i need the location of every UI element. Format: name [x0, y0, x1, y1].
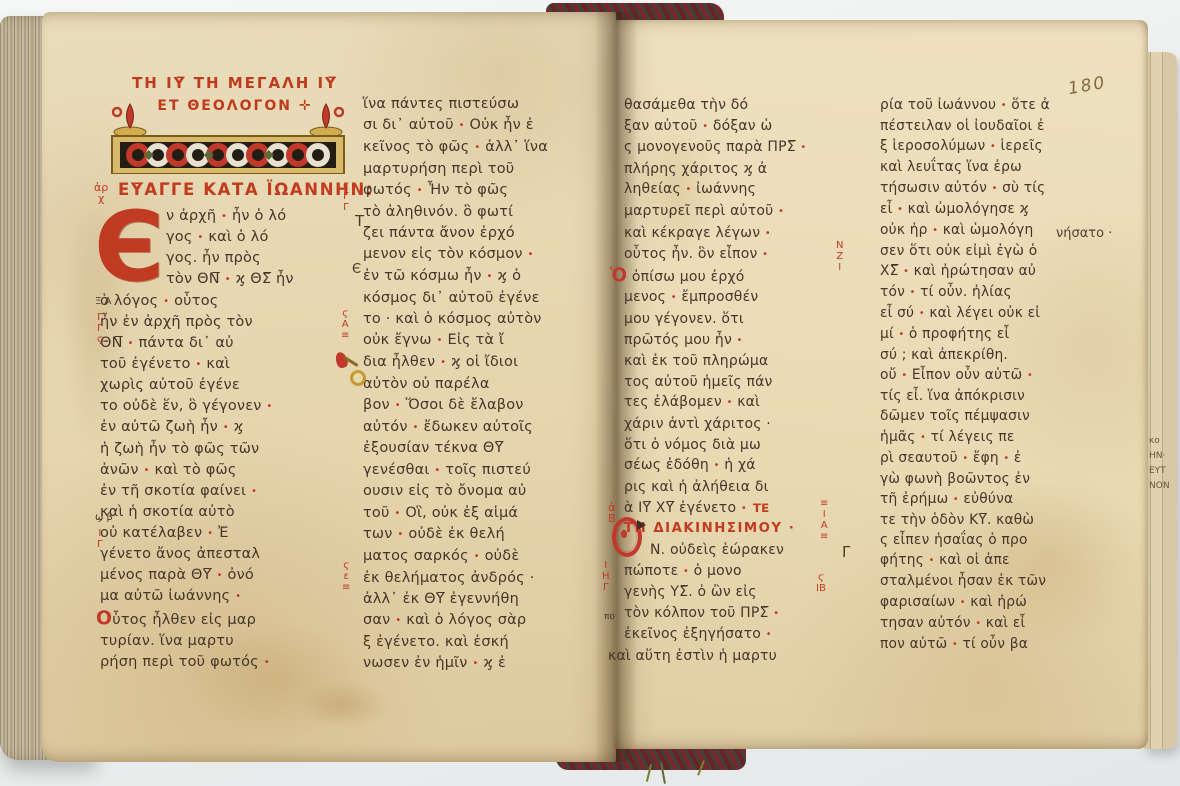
text-line: το οὐδὲ ἕν, ὃ γέγονεν •	[100, 396, 356, 417]
text-line: ληθείας • ἰωάννης	[624, 179, 876, 201]
text-line: σέως ἐδόθη • ἡ χά	[624, 455, 876, 477]
text-line: ἵνα πάντες πιστεύσω	[363, 94, 619, 115]
text-line: εἶ σύ • καὶ λέγει οὐκ εἰ	[880, 303, 1140, 324]
text-line: αὐτὸν οὐ παρέλα	[363, 374, 619, 395]
text-line: ν ἀρχῆ • ἦν ὁ λό	[100, 206, 356, 227]
text-line: αὐτόν • ἔδωκεν αὐτοῖς	[363, 417, 619, 439]
paragraph-pointer-icon	[637, 520, 646, 530]
text-line: ΤΗ ΔΙΑΚΙΝΗΣΙΜΟΥ ·	[624, 519, 876, 540]
canon-number-mark: ϛ ΙΒ	[816, 572, 826, 594]
text-line: δια ἦλθεν • ϗ οἱ ἴδιοι	[363, 352, 619, 374]
text-line: βον • Ὅσοι δὲ ἔλαβον	[363, 395, 619, 417]
canon-number-mark: ϛ Α ≡	[341, 308, 349, 341]
text-line: τες ἐλάβομεν • καὶ	[624, 392, 876, 414]
text-line: μί • ὁ προφήτης εἶ	[880, 324, 1140, 345]
text-line: μαρτυρήση περὶ τοῦ	[363, 159, 619, 180]
text-line: τῆ ἐρήμω • εὐθύνα	[880, 489, 1140, 510]
canon-number-mark: ϛ ε ≡	[342, 560, 350, 593]
canon-number-mark: Ι Η Γ	[602, 560, 610, 593]
lection-start-mark: ἀ Β̄	[608, 502, 616, 524]
canon-number-mark: ϛ Γ Γ	[343, 180, 349, 213]
text-line: μου γέγονεν. ὅτι	[624, 309, 876, 330]
text-line: μα αὐτῶ ἰωάννης •	[100, 586, 356, 607]
text-line: ς μονογενοῦς παρὰ ΠΡΣ̅ •	[624, 137, 876, 159]
text-column-3: θασάμεθα τὴν δόξαν αὐτοῦ • δόξαν ὡς μονο…	[624, 95, 876, 667]
canon-number-mark: Γ Γ ϛ	[97, 312, 103, 345]
text-line: μένος παρὰ ΘΥ̅ • ὀνό	[100, 565, 356, 586]
text-line: ΘΝ̅ • πάντα δι᾽ αὐ	[100, 333, 356, 354]
text-line: ρήση περὶ τοῦ φωτός •	[100, 652, 356, 673]
text-line: τὸν κόλπον τοῦ ΠΡΣ̅ •	[624, 603, 876, 625]
text-line: ὰ ΙΥ̅ ΧΥ̅ ἐγένετο •ΤΕ	[624, 498, 876, 520]
text-line: τὸν ΘΝ̅ • ϗ ΘΣ̅ ἦν	[100, 269, 356, 290]
text-line: οὐκ ἔγνω • Εἰς τὰ ἴ	[363, 330, 619, 352]
text-line: πλήρης χάριτος ϗ ἀ	[624, 159, 876, 180]
text-line: μενον εἰς τὸν κόσμον •	[363, 244, 619, 266]
headpiece-interlace-ornament	[98, 84, 358, 174]
marginal-letter: Τ	[355, 216, 364, 227]
page-stack-right-edge	[1144, 52, 1177, 749]
text-line: ὅτι ὁ νόμος διὰ μω	[624, 435, 876, 456]
text-line: Ν. οὐδεὶς ἑώρακεν	[624, 540, 876, 561]
text-line: ὁ λόγος • οὗτος	[100, 291, 356, 312]
text-line: ἡ ζωὴ ἦν τὸ φῶς τῶν	[100, 439, 356, 460]
text-line: καὶ ἐκ τοῦ πληρώμα	[624, 351, 876, 372]
text-line: Οὗτος ἦλθεν εἰς μαρ	[96, 608, 356, 631]
text-line: μενος • ἔμπροσθέν	[624, 287, 876, 309]
text-line: των • οὐδὲ ἐκ θελή	[363, 524, 619, 546]
text-line: ουσιν εἰς τὸ ὄνομα αὐ	[363, 481, 619, 502]
text-column-2: ἵνα πάντες πιστεύσωσι δι᾽ αὐτοῦ • Οὐκ ἦν…	[363, 94, 619, 675]
canon-number-mark: Ν Ζ Ι	[836, 240, 843, 273]
finial-right-icon	[310, 104, 343, 137]
canon-number-mark: Ι Γ	[97, 528, 103, 550]
margin-overflow-word: νήσατο ·	[1056, 226, 1112, 241]
text-line: πρῶτός μου ἦν •	[624, 330, 876, 352]
text-line: ἦν ἐν ἀρχῆ πρὸς τὸν	[100, 312, 356, 333]
text-line: τε τὴν ὁδὸν ΚΥ̅. καθὼ	[880, 510, 1140, 530]
text-line: ἐκεῖνος ἐξηγήσατο •	[624, 624, 876, 646]
text-line: ζει πάντα ἄνον ἐρχό	[363, 223, 619, 244]
text-line: ΧΣ̅ • καὶ ἠρώτησαν αὐ	[880, 261, 1140, 282]
text-line: ἐξουσίαν τέκνα ΘΥ̅	[363, 438, 619, 459]
text-line: ρὶ σεαυτοῦ • ἔφη • ἐ	[880, 448, 1140, 469]
text-line: ἐν τῆ σκοτία φαίνει •	[100, 481, 356, 502]
text-line: τίς εἶ. ἵνα ἀπόκρισιν	[880, 386, 1140, 406]
text-line: ἀλλ᾽ ἐκ ΘΥ̅ ἐγεννήθη	[363, 589, 619, 610]
text-line: ξ ἱεροσολύμων • ἱερεῖς	[880, 136, 1140, 157]
quill-ornament-icon	[334, 350, 364, 392]
text-line: ἡμᾶς • τί λέγεις πε	[880, 427, 1140, 448]
lection-start-mark: ἀρ χ	[94, 182, 108, 204]
text-line: δῶμεν τοῖς πέμψασιν	[880, 406, 1140, 426]
canon-number-mark: ≡ Ι Α ≡	[820, 498, 828, 542]
text-line: πώποτε • ὁ μονο	[624, 561, 876, 583]
text-line: σι δι᾽ αὐτοῦ • Οὐκ ἦν ἐ	[363, 115, 619, 137]
text-line: σταλμένοι ἦσαν ἐκ τῶν	[880, 571, 1140, 591]
text-line: τὸ ἀληθινόν. ὃ φωτί	[363, 202, 619, 223]
text-line: γενέσθαι • τοῖς πιστεύ	[363, 460, 619, 482]
photograph-of-manuscript: ΤΗ ΙΥ̅ ΤΗ ΜΕΓΑΛΗ ΙΥ̅ ΕΤ ΘΕΟΛΟΓΟΝ ✛	[0, 0, 1180, 786]
text-line: καὶ αὕτη ἐστὶν ἡ μαρτυ	[608, 646, 876, 667]
text-line: τοῦ • Οἳ, οὐκ ἐξ αἱμά	[363, 503, 619, 525]
text-line: σύ ; καὶ ἀπεκρίθη.	[880, 345, 1140, 365]
text-line: οὐ κατέλαβεν • Ἐ	[100, 523, 356, 544]
text-line: ἐν τῶ κόσμω ἦν • ϗ ὁ	[363, 266, 619, 288]
fore-edge-text-fragments: κο ΗΝ· ΕΥΤ ΝΟΝ	[1149, 434, 1170, 494]
marginal-letter: Є	[352, 264, 361, 275]
text-line: ἐκ θελήματος ἀνδρός ·	[363, 568, 619, 589]
finial-left-icon	[113, 104, 146, 137]
text-line: γος • καὶ ὁ λό	[100, 227, 356, 248]
text-line: χάριν ἀντὶ χάριτος ·	[624, 414, 876, 435]
text-line: μαρτυρεῖ περὶ αὐτοῦ •	[624, 201, 876, 223]
text-line: τόν • τί οὖν. ἠλίας	[880, 282, 1140, 303]
text-line: φήτης • καὶ οἱ ἀπε	[880, 550, 1140, 571]
text-column-1: ν ἀρχῆ • ἦν ὁ λόγος • καὶ ὁ λόγος. ἦν πρ…	[100, 206, 356, 673]
text-line: γος. ἦν πρὸς	[100, 248, 356, 269]
text-line: φαρισαίων • καὶ ἠρώ	[880, 592, 1140, 613]
text-line: ματος σαρκός • οὐδὲ	[363, 546, 619, 568]
text-line: γένετο ἄνος ἀπεσταλ	[100, 544, 356, 565]
text-line: οὔ • Εἶπον οὖν αὐτῶ •	[880, 365, 1140, 386]
text-line: σεν ὅτι οὐκ εἰμὶ ἐγὼ ὁ	[880, 241, 1140, 261]
text-line: το · καὶ ὁ κόσμος αὐτὸν	[363, 309, 619, 330]
text-line: θασάμεθα τὴν δό	[624, 95, 876, 116]
text-line: ἐν αὐτῶ ζωὴ ἦν • ϗ	[100, 417, 356, 438]
text-line: τήσωσιν αὐτόν • σὺ τίς	[880, 178, 1140, 199]
text-line: σαν • καὶ ὁ λόγος σὰρ	[363, 610, 619, 632]
text-line: τοῦ ἐγένετο • καὶ	[100, 354, 356, 375]
text-line: ξαν αὐτοῦ • δόξαν ὡ	[624, 116, 876, 138]
text-line: νωσεν ἐν ἡμῖν • ϗ ἐ	[363, 653, 619, 675]
text-line: γὼ φωνὴ βοῶντος ἐν	[880, 469, 1140, 489]
text-line: χωρὶς αὐτοῦ ἐγένε	[100, 375, 356, 396]
text-line: κεῖνος τὸ φῶς • ἀλλ᾽ ἵνα	[363, 137, 619, 159]
text-line: καὶ ἡ σκοτία αὐτὸ	[100, 502, 356, 523]
marginal-letter: πο	[604, 612, 615, 623]
canon-number-mark: Ξ Α	[95, 296, 111, 307]
text-line: ς εἶπεν ἡσαΐας ὁ προ	[880, 530, 1140, 550]
text-line: εἶ • καὶ ὡμολόγησε ϗ	[880, 199, 1140, 220]
text-line: πον αὐτῶ • τί οὖν βα	[880, 634, 1140, 655]
text-line: τυρίαν. ἵνα μαρτυ	[100, 631, 356, 652]
text-line: καὶ λευΐτας ἵνα ἐρω	[880, 157, 1140, 177]
text-line: γενὴς ΥΣ̅. ὁ ὢν εἰς	[624, 582, 876, 603]
text-line: φωτός • Ἦν τὸ φῶς	[363, 180, 619, 202]
text-line: πέστειλαν οἱ ἰουδαῖοι ἐ	[880, 116, 1140, 136]
text-line: ἀνῶν • καὶ τὸ φῶς	[100, 460, 356, 481]
text-line: ρία τοῦ ἰωάννου • ὅτε ἀ	[880, 95, 1140, 116]
text-line: ξ ἐγένετο. καὶ ἐσκή	[363, 632, 619, 653]
canon-number-mark: ϣ β	[95, 512, 113, 523]
text-line: τος αὐτοῦ ἡμεῖς πάν	[624, 372, 876, 393]
marginal-letter: Γ	[842, 547, 850, 558]
text-line: κόσμος δι᾽ αὐτοῦ ἐγένε	[363, 288, 619, 309]
text-column-4: ρία τοῦ ἰωάννου • ὅτε ἀπέστειλαν οἱ ἰουδ…	[880, 95, 1140, 655]
text-line: τησαν αὐτόν • καὶ εἶ	[880, 613, 1140, 634]
text-line: ρις καὶ ἡ ἀλήθεια δι	[624, 477, 876, 498]
